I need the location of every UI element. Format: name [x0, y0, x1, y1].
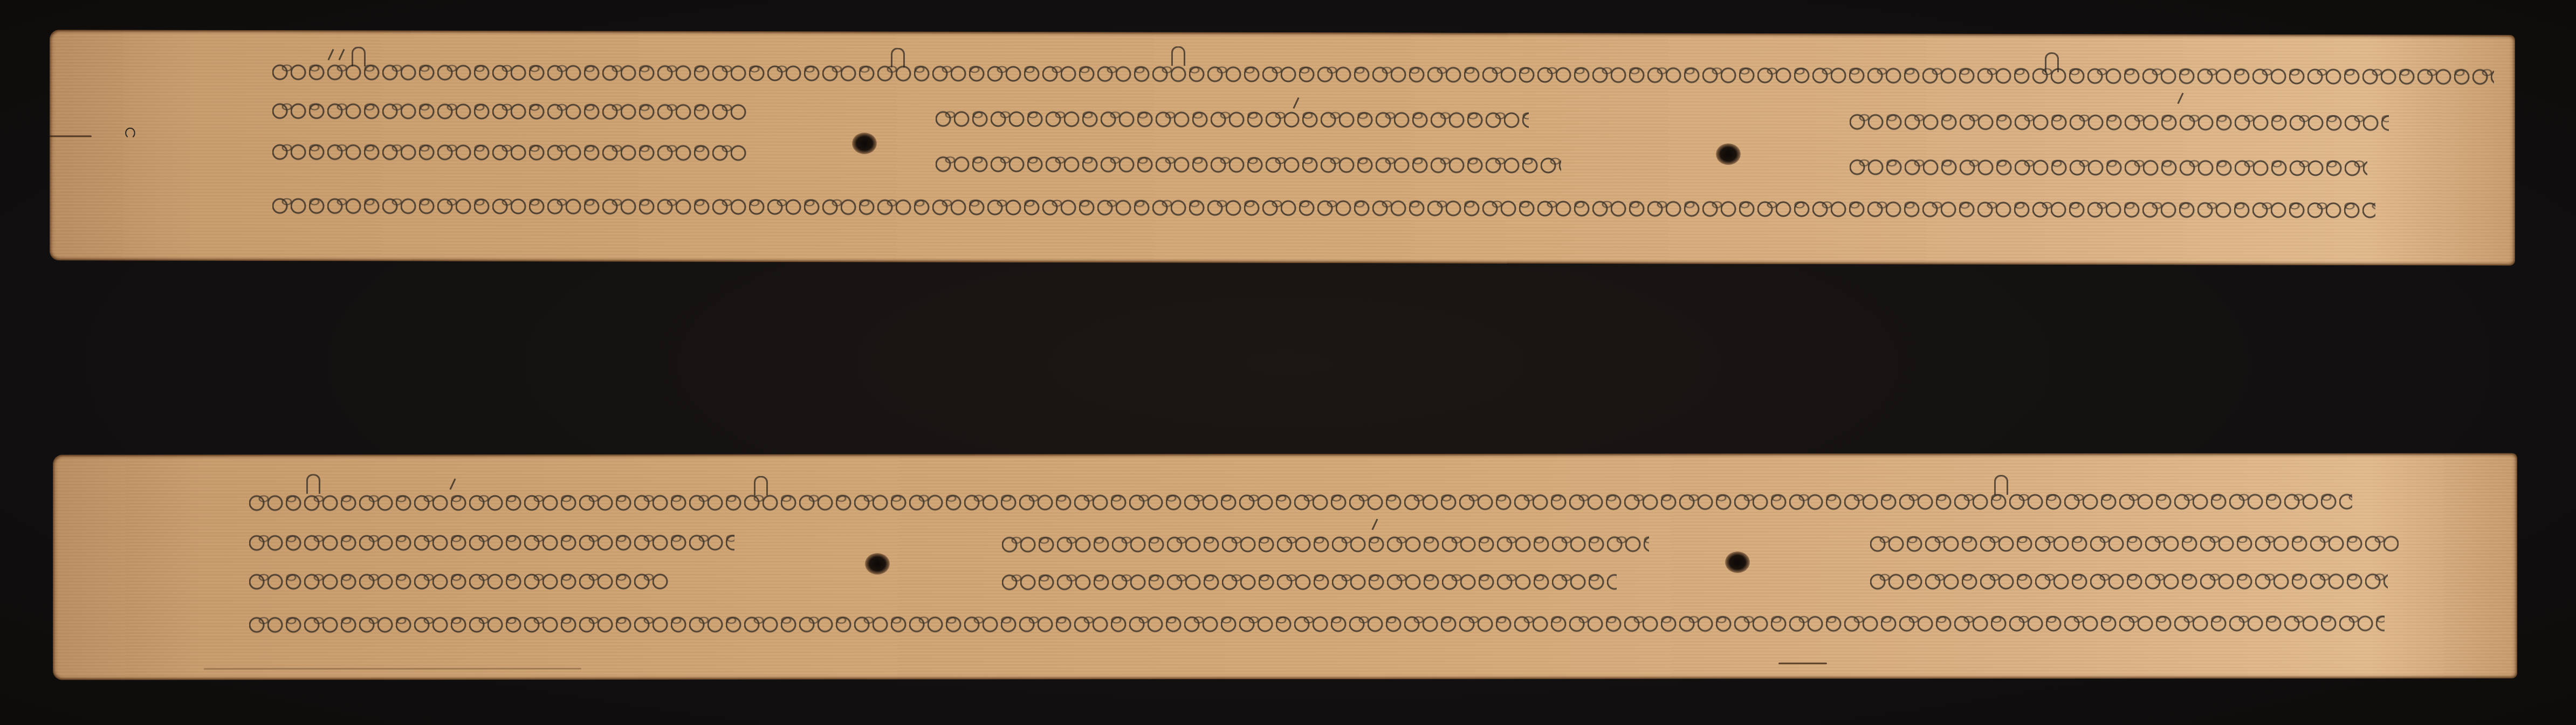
script-ascender — [306, 474, 320, 494]
script-stroke — [449, 478, 456, 489]
script-line-3-left — [272, 138, 747, 164]
script-ascender — [2045, 52, 2059, 72]
string-hole — [1725, 551, 1750, 573]
handwritten-text — [249, 529, 734, 554]
script-ascender — [1994, 475, 2008, 495]
script-line-2-right — [1870, 530, 2399, 555]
handwritten-text — [1850, 153, 2367, 179]
script-ascender — [352, 46, 366, 66]
handwritten-text — [272, 138, 747, 164]
script-line-3-right — [1870, 568, 2388, 593]
palm-leaf-folio-1: ဂ — [50, 30, 2515, 266]
script-line-3-middle — [936, 150, 1561, 176]
handwritten-text — [249, 568, 670, 593]
script-line-1 — [249, 488, 2352, 514]
script-ascender — [891, 47, 905, 67]
string-hole — [865, 553, 890, 575]
script-stroke — [2177, 93, 2183, 104]
handwritten-text — [936, 105, 1529, 131]
handwritten-text — [272, 58, 2494, 88]
script-line-2-right — [1850, 108, 2389, 134]
handwritten-text — [249, 610, 2385, 636]
handwritten-text — [1850, 108, 2389, 134]
script-line-1 — [272, 58, 2494, 88]
script-line-3-right — [1850, 153, 2367, 179]
script-line-3-middle — [1002, 568, 1617, 593]
script-line-2-middle — [1002, 530, 1649, 556]
script-line-2-left — [249, 529, 734, 554]
handwritten-text — [249, 488, 2352, 514]
script-stroke — [1371, 519, 1378, 530]
string-hole — [1716, 143, 1741, 165]
script-ascender — [1171, 46, 1185, 66]
script-line-2-middle — [936, 105, 1529, 131]
script-line-4 — [249, 610, 2385, 636]
script-line-3-left — [249, 568, 670, 593]
script-line-4 — [272, 192, 2375, 221]
palm-leaf-folio-2 — [53, 453, 2517, 680]
handwritten-text — [1002, 568, 1617, 593]
handwritten-text — [1002, 530, 1649, 556]
handwritten-text — [1870, 530, 2399, 555]
edge-crack — [1778, 662, 1827, 664]
edge-crack — [50, 135, 92, 137]
script-line-2-left — [272, 97, 747, 123]
script-ascender — [754, 476, 768, 496]
grain-line — [204, 668, 581, 669]
handwritten-text — [936, 150, 1561, 176]
handwritten-text — [272, 192, 2375, 221]
handwritten-text — [1870, 568, 2388, 593]
string-hole — [852, 133, 877, 154]
folio-page-marker: ဂ — [124, 116, 136, 148]
handwritten-text — [272, 97, 747, 123]
